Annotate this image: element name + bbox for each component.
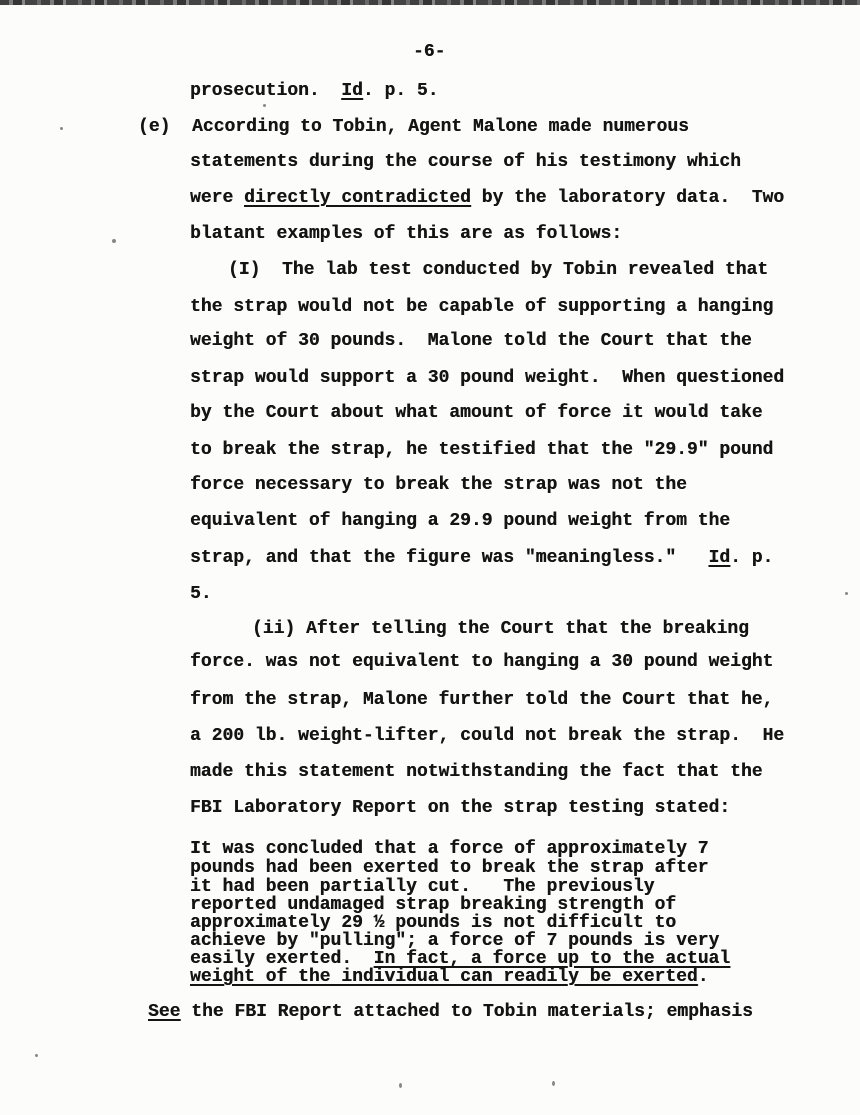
- doc-line-15: 5.: [190, 584, 212, 604]
- scan-speck: [112, 239, 116, 243]
- doc-line-4: were directly contradicted by the labora…: [190, 188, 784, 208]
- text-segment: force. was not equivalent to hanging a 3…: [190, 652, 773, 672]
- text-segment: pounds had been exerted to break the str…: [190, 858, 708, 878]
- text-segment: prosecution.: [190, 81, 341, 101]
- text-segment: achieve by "pulling"; a force of 7 pound…: [190, 931, 719, 951]
- doc-line-17: force. was not equivalent to hanging a 3…: [190, 652, 773, 672]
- text-segment: the FBI Report attached to Tobin materia…: [180, 1002, 753, 1022]
- doc-line-29: weight of the individual can readily be …: [190, 967, 709, 987]
- text-segment: FBI Laboratory Report on the strap testi…: [190, 798, 730, 818]
- underlined-text: directly contradicted: [244, 188, 471, 208]
- text-segment: by the laboratory data. Two: [471, 188, 784, 208]
- scan-speck: [399, 1083, 402, 1088]
- scan-edge-artifact: [0, 0, 860, 5]
- text-segment: it had been partially cut. The previousl…: [190, 877, 654, 897]
- doc-line-8: weight of 30 pounds. Malone told the Cou…: [190, 331, 752, 351]
- doc-line-19: a 200 lb. weight-lifter, could not break…: [190, 726, 784, 746]
- underlined-text: See: [148, 1002, 180, 1022]
- doc-line-25: reported undamaged strap breaking streng…: [190, 895, 676, 915]
- page-number: -6-: [413, 42, 445, 62]
- doc-line-1: prosecution. Id. p. 5.: [190, 81, 438, 101]
- doc-line-26: approximately 29 ½ pounds is not difficu…: [190, 913, 676, 933]
- scan-speck: [552, 1081, 555, 1086]
- doc-line-21: FBI Laboratory Report on the strap testi…: [190, 798, 730, 818]
- doc-line-27: achieve by "pulling"; a force of 7 pound…: [190, 931, 719, 951]
- text-segment: . p. 5.: [363, 81, 439, 101]
- doc-line-5: blatant examples of this are as follows:: [190, 224, 622, 244]
- doc-line-14: strap, and that the figure was "meaningl…: [190, 548, 773, 568]
- doc-line-2: (e) According to Tobin, Agent Malone mad…: [138, 117, 689, 137]
- text-segment: weight of 30 pounds. Malone told the Cou…: [190, 331, 752, 351]
- text-segment: It was concluded that a force of approxi…: [190, 839, 708, 859]
- doc-line-22: It was concluded that a force of approxi…: [190, 839, 708, 859]
- doc-line-28: easily exerted. In fact, a force up to t…: [190, 949, 730, 969]
- doc-line-11: to break the strap, he testified that th…: [190, 440, 773, 460]
- scan-speck: [35, 1054, 38, 1057]
- text-segment: statements during the course of his test…: [190, 152, 741, 172]
- doc-line-18: from the strap, Malone further told the …: [190, 690, 773, 710]
- text-segment: easily exerted.: [190, 949, 374, 969]
- text-segment: (e) According to Tobin, Agent Malone mad…: [138, 117, 689, 137]
- doc-line-10: by the Court about what amount of force …: [190, 403, 763, 423]
- text-segment: the strap would not be capable of suppor…: [190, 297, 773, 317]
- text-segment: made this statement notwithstanding the …: [190, 762, 763, 782]
- text-segment: .: [698, 967, 709, 987]
- doc-line-30: See the FBI Report attached to Tobin mat…: [148, 1002, 753, 1022]
- text-segment: a 200 lb. weight-lifter, could not break…: [190, 726, 784, 746]
- doc-line-12: force necessary to break the strap was n…: [190, 475, 687, 495]
- text-segment: strap would support a 30 pound weight. W…: [190, 368, 784, 388]
- doc-line-13: equivalent of hanging a 29.9 pound weigh…: [190, 511, 730, 531]
- doc-line-16: (ii) After telling the Court that the br…: [252, 619, 749, 639]
- text-segment: (I) The lab test conducted by Tobin reve…: [228, 260, 768, 280]
- underlined-text: Id: [341, 81, 363, 101]
- text-segment: 5.: [190, 584, 212, 604]
- text-segment: strap, and that the figure was "meaningl…: [190, 548, 708, 568]
- scan-speck: [263, 104, 266, 107]
- text-segment: were: [190, 188, 244, 208]
- scan-speck: [845, 592, 848, 595]
- text-segment: reported undamaged strap breaking streng…: [190, 895, 676, 915]
- doc-line-7: the strap would not be capable of suppor…: [190, 297, 773, 317]
- doc-line-3: statements during the course of his test…: [190, 152, 741, 172]
- text-segment: (ii) After telling the Court that the br…: [252, 619, 749, 639]
- scan-speck: [60, 127, 63, 130]
- text-segment: to break the strap, he testified that th…: [190, 440, 773, 460]
- text-segment: approximately 29 ½ pounds is not difficu…: [190, 913, 676, 933]
- doc-line-9: strap would support a 30 pound weight. W…: [190, 368, 784, 388]
- text-segment: from the strap, Malone further told the …: [190, 690, 773, 710]
- doc-line-20: made this statement notwithstanding the …: [190, 762, 763, 782]
- text-segment: blatant examples of this are as follows:: [190, 224, 622, 244]
- text-segment: by the Court about what amount of force …: [190, 403, 763, 423]
- text-segment: equivalent of hanging a 29.9 pound weigh…: [190, 511, 730, 531]
- text-segment: . p.: [730, 548, 773, 568]
- doc-line-24: it had been partially cut. The previousl…: [190, 877, 654, 897]
- doc-line-23: pounds had been exerted to break the str…: [190, 858, 708, 878]
- doc-line-6: (I) The lab test conducted by Tobin reve…: [228, 260, 768, 280]
- underlined-text: In fact, a force up to the actual: [374, 949, 730, 969]
- text-segment: force necessary to break the strap was n…: [190, 475, 687, 495]
- underlined-text: Id: [708, 548, 730, 568]
- document-page: -6- prosecution. Id. p. 5.(e) According …: [0, 0, 860, 1115]
- underlined-text: weight of the individual can readily be …: [190, 967, 698, 987]
